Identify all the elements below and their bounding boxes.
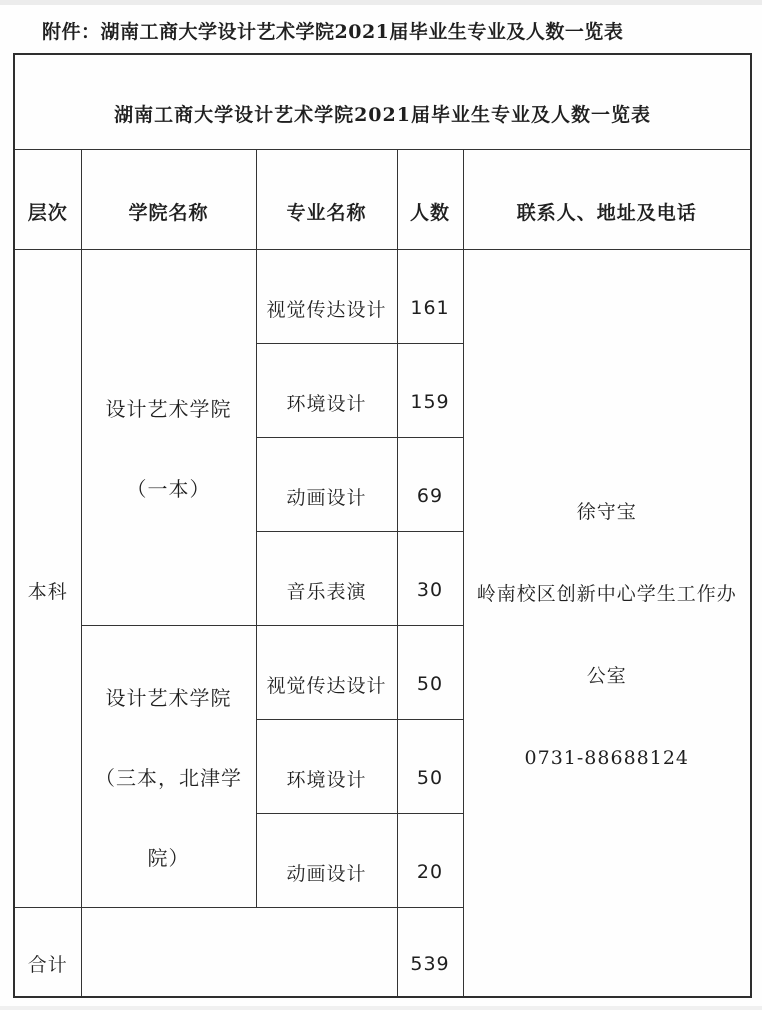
header-count: 人数	[397, 149, 463, 249]
count-cell: 69	[397, 437, 463, 531]
contact-address-line: 公室	[464, 635, 751, 717]
major-cell: 动画设计	[256, 813, 397, 907]
attachment-caption: 附件：湖南工商大学设计艺术学院2021届毕业生专业及人数一览表	[42, 17, 623, 44]
header-college: 学院名称	[81, 149, 256, 249]
table-title-row: 湖南工商大学设计艺术学院2021届毕业生专业及人数一览表	[14, 54, 751, 149]
count-cell: 50	[397, 625, 463, 719]
major-cell: 环境设计	[256, 343, 397, 437]
count-cell: 159	[397, 343, 463, 437]
contact-cell: 徐守宝 岭南校区创新中心学生工作办 公室 0731-88688124	[463, 249, 751, 997]
college-cell-group2: 设计艺术学院 （三本，北津学 院）	[81, 625, 256, 907]
college-line: 设计艺术学院	[82, 658, 256, 738]
major-cell: 环境设计	[256, 719, 397, 813]
header-level: 层次	[14, 149, 81, 249]
major-cell: 视觉传达设计	[256, 249, 397, 343]
count-cell: 161	[397, 249, 463, 343]
major-cell: 视觉传达设计	[256, 625, 397, 719]
count-cell: 50	[397, 719, 463, 813]
college-line: 院）	[82, 818, 256, 898]
graduates-table: 湖南工商大学设计艺术学院2021届毕业生专业及人数一览表 层次 学院名称 专业名…	[13, 53, 752, 998]
table-row: 本科 设计艺术学院 （一本） 视觉传达设计 161 徐守宝 岭南校区创新中心学生…	[14, 249, 751, 343]
college-line: 设计艺术学院	[82, 369, 256, 449]
contact-address-line: 岭南校区创新中心学生工作办	[464, 553, 751, 635]
document-page: 附件：湖南工商大学设计艺术学院2021届毕业生专业及人数一览表 湖南工商大学设计…	[0, 0, 762, 1010]
college-line: （一本）	[82, 449, 256, 529]
total-empty-cell	[81, 907, 397, 997]
major-cell: 音乐表演	[256, 531, 397, 625]
contact-name: 徐守宝	[464, 471, 751, 553]
college-line: （三本，北津学	[82, 738, 256, 818]
header-major: 专业名称	[256, 149, 397, 249]
count-cell: 30	[397, 531, 463, 625]
page-bottom-edge	[0, 1006, 762, 1010]
major-cell: 动画设计	[256, 437, 397, 531]
page-top-edge	[0, 0, 762, 5]
total-count-cell: 539	[397, 907, 463, 997]
contact-phone: 0731-88688124	[464, 717, 751, 799]
level-cell: 本科	[14, 249, 81, 907]
header-contact: 联系人、地址及电话	[463, 149, 751, 249]
total-label-cell: 合计	[14, 907, 81, 997]
count-cell: 20	[397, 813, 463, 907]
college-cell-group1: 设计艺术学院 （一本）	[81, 249, 256, 625]
table-title: 湖南工商大学设计艺术学院2021届毕业生专业及人数一览表	[14, 54, 751, 149]
table-header-row: 层次 学院名称 专业名称 人数 联系人、地址及电话	[14, 149, 751, 249]
